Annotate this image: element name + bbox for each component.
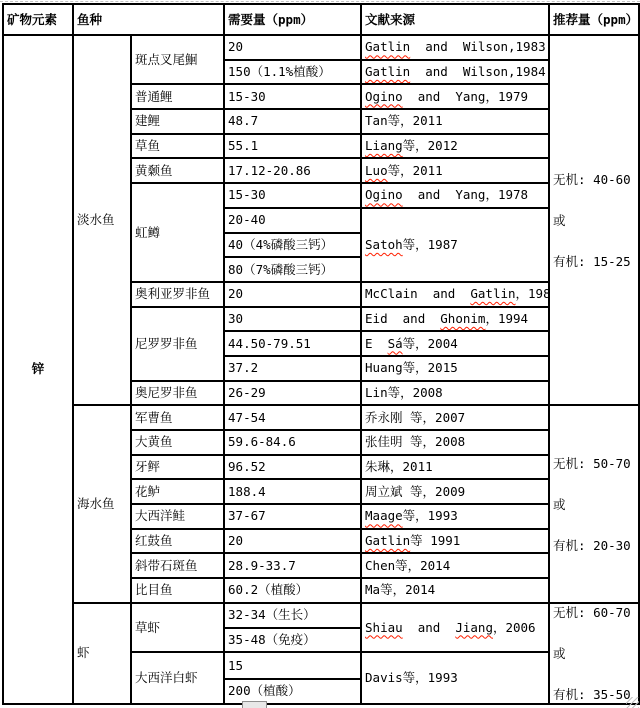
- source-cell: 朱琳，2011: [361, 455, 549, 480]
- requirement-cell: 28.9-33.7: [224, 553, 361, 578]
- requirement-cell: 20: [224, 35, 361, 60]
- requirement-cell: 96.52: [224, 455, 361, 480]
- requirement-cell: 30: [224, 307, 361, 332]
- source-text: E: [365, 336, 388, 351]
- requirement-cell: 26-29: [224, 381, 361, 406]
- species-name-cell: 尼罗罗非鱼: [131, 307, 224, 381]
- recommend-line: 无机: 60-70: [553, 604, 635, 621]
- misspelled-word: Ghonim: [440, 311, 485, 326]
- fish-category-cell: 海水鱼: [73, 405, 131, 603]
- misspelled-word: Sá: [388, 336, 403, 351]
- requirement-cell: 20: [224, 529, 361, 554]
- header-mineral-element: 矿物元素: [3, 4, 73, 35]
- requirement-cell: 15: [224, 652, 361, 679]
- species-name-cell: 斑点叉尾鮰: [131, 35, 224, 84]
- requirement-cell: 15-30: [224, 84, 361, 109]
- source-cell: Ma等，2014: [361, 578, 549, 603]
- recommend-line: 无机: 50-70: [553, 455, 635, 472]
- table-row: 虾草虾32-34（生长）Shiau and Jiang，2006无机: 60-7…: [3, 603, 639, 628]
- source-text: 等，2004: [403, 336, 458, 351]
- misspelled-word: Luo: [365, 163, 388, 178]
- requirement-cell: 60.2（植酸）: [224, 578, 361, 603]
- misspelled-word: Satoh: [365, 237, 403, 252]
- requirement-cell: 32-34（生长）: [224, 603, 361, 628]
- requirement-cell: 150（1.1%植酸）: [224, 60, 361, 85]
- source-cell: Tan等，2011: [361, 109, 549, 134]
- source-text: ，1988: [516, 286, 549, 301]
- source-cell: Ogino and Yang，1979: [361, 84, 549, 109]
- requirement-cell: 35-48（免疫）: [224, 628, 361, 653]
- source-text: and Yang，1978: [403, 187, 528, 202]
- zinc-requirement-table: 矿物元素 鱼种 需要量（ppm） 文献来源 推荐量（ppm） 锌淡水鱼斑点叉尾鮰…: [2, 3, 640, 705]
- recommend-line: 或: [553, 212, 635, 229]
- recommend-line: 无机: 40-60: [553, 171, 635, 188]
- requirement-cell: 80（7%磷酸三钙）: [224, 257, 361, 282]
- misspelled-word: Liang: [365, 138, 403, 153]
- table-row: 锌淡水鱼斑点叉尾鮰20Gatlin and Wilson,1983无机: 40-…: [3, 35, 639, 60]
- source-text: Lin等，2008: [365, 385, 443, 400]
- source-text: 等，1987: [403, 237, 458, 252]
- source-text: 等 1991: [410, 533, 460, 548]
- table-resize-handle: [242, 701, 267, 708]
- requirement-cell: 47-54: [224, 405, 361, 430]
- source-text: ，2006: [493, 620, 536, 635]
- source-text: 等，2012: [403, 138, 458, 153]
- species-name-cell: 草虾: [131, 603, 224, 652]
- species-name-cell: 红鼓鱼: [131, 529, 224, 554]
- source-text: 张佳明 等，2008: [365, 434, 465, 449]
- requirement-cell: 15-30: [224, 183, 361, 208]
- source-text: ，1994: [485, 311, 528, 326]
- source-cell: Shiau and Jiang，2006: [361, 603, 549, 652]
- species-name-cell: 军曹鱼: [131, 405, 224, 430]
- source-cell: Eid and Ghonim，1994: [361, 307, 549, 332]
- source-cell: Chen等，2014: [361, 553, 549, 578]
- fish-category-cell: 虾: [73, 603, 131, 704]
- requirement-cell: 44.50-79.51: [224, 331, 361, 356]
- misspelled-word: Maage: [365, 508, 403, 523]
- header-required-amount: 需要量（ppm）: [224, 4, 361, 35]
- source-cell: Huang等，2015: [361, 356, 549, 381]
- requirement-cell: 20-40: [224, 208, 361, 233]
- source-text: 周立斌 等，2009: [365, 484, 465, 499]
- source-cell: Satoh等，1987: [361, 208, 549, 282]
- source-cell: Ogino and Yang，1978: [361, 183, 549, 208]
- species-name-cell: 牙鲆: [131, 455, 224, 480]
- misspelled-word: Gatlin: [365, 64, 410, 79]
- requirement-cell: 40（4%磷酸三钙）: [224, 233, 361, 258]
- requirement-cell: 20: [224, 282, 361, 307]
- species-name-cell: 花鲈: [131, 479, 224, 504]
- source-cell: Gatlin等 1991: [361, 529, 549, 554]
- recommend-cell: 无机: 50-70或有机: 20-30: [549, 405, 639, 603]
- source-text: and Wilson,1984: [410, 64, 545, 79]
- source-cell: Maage等，1993: [361, 504, 549, 529]
- misspelled-word: Ogino: [365, 89, 403, 104]
- species-name-cell: 大黄鱼: [131, 430, 224, 455]
- source-text: 朱琳，2011: [365, 459, 433, 474]
- header-literature-source: 文献来源: [361, 4, 549, 35]
- species-name-cell: 大西洋鲑: [131, 504, 224, 529]
- text-boundary-line: [0, 1, 640, 2]
- recommend-line: 有机: 35-50: [553, 686, 635, 703]
- misspelled-word: Gatlin: [470, 286, 515, 301]
- requirement-cell: 37.2: [224, 356, 361, 381]
- recommend-cell: 无机: 40-60或有机: 15-25: [549, 35, 639, 405]
- species-name-cell: 建鲤: [131, 109, 224, 134]
- source-cell: E Sá等，2004: [361, 331, 549, 356]
- species-name-cell: 虹鳟: [131, 183, 224, 282]
- source-cell: 张佳明 等，2008: [361, 430, 549, 455]
- source-text: 等，1993: [403, 508, 458, 523]
- source-cell: 周立斌 等，2009: [361, 479, 549, 504]
- document-page: 矿物元素 鱼种 需要量（ppm） 文献来源 推荐量（ppm） 锌淡水鱼斑点叉尾鮰…: [0, 0, 640, 708]
- table-row: 海水鱼军曹鱼47-54乔永刚 等，2007无机: 50-70或有机: 20-30: [3, 405, 639, 430]
- source-text: 等，2011: [388, 163, 443, 178]
- species-name-cell: 大西洋白虾: [131, 652, 224, 704]
- recommend-line: 有机: 20-30: [553, 537, 635, 554]
- requirement-cell: 55.1: [224, 134, 361, 159]
- source-cell: Liang等，2012: [361, 134, 549, 159]
- source-cell: Davis等，1993: [361, 652, 549, 704]
- source-text: Eid and: [365, 311, 440, 326]
- source-text: and Wilson,1983: [410, 39, 545, 54]
- header-fish-species: 鱼种: [73, 4, 224, 35]
- source-text: and Yang，1979: [403, 89, 528, 104]
- misspelled-word: Shiau: [365, 620, 403, 635]
- page-corner-artifact: [626, 697, 639, 708]
- source-cell: Lin等，2008: [361, 381, 549, 406]
- source-cell: 乔永刚 等，2007: [361, 405, 549, 430]
- recommend-line: 或: [553, 496, 635, 513]
- species-name-cell: 草鱼: [131, 134, 224, 159]
- species-name-cell: 普通鲤: [131, 84, 224, 109]
- requirement-cell: 59.6-84.6: [224, 430, 361, 455]
- requirement-cell: 17.12-20.86: [224, 158, 361, 183]
- source-cell: Gatlin and Wilson,1984: [361, 60, 549, 85]
- species-name-cell: 比目鱼: [131, 578, 224, 603]
- misspelled-word: Gatlin: [365, 533, 410, 548]
- species-name-cell: 黄颡鱼: [131, 158, 224, 183]
- misspelled-word: Ogino: [365, 187, 403, 202]
- requirement-cell: 188.4: [224, 479, 361, 504]
- source-text: and: [403, 620, 456, 635]
- source-cell: Gatlin and Wilson,1983: [361, 35, 549, 60]
- misspelled-word: Gatlin: [365, 39, 410, 54]
- source-cell: Luo等，2011: [361, 158, 549, 183]
- header-recommended-amount: 推荐量（ppm）: [549, 4, 639, 35]
- source-text: 乔永刚 等，2007: [365, 410, 465, 425]
- source-text: Huang等，2015: [365, 360, 458, 375]
- table-body: 锌淡水鱼斑点叉尾鮰20Gatlin and Wilson,1983无机: 40-…: [3, 35, 639, 704]
- species-name-cell: 奥尼罗非鱼: [131, 381, 224, 406]
- misspelled-word: Jiang: [455, 620, 493, 635]
- species-name-cell: 斜带石斑鱼: [131, 553, 224, 578]
- source-text: McClain and: [365, 286, 470, 301]
- header-row: 矿物元素 鱼种 需要量（ppm） 文献来源 推荐量（ppm）: [3, 4, 639, 35]
- source-text: Ma等，2014: [365, 582, 435, 597]
- source-cell: McClain and Gatlin，1988: [361, 282, 549, 307]
- species-name-cell: 奥利亚罗非鱼: [131, 282, 224, 307]
- mineral-cell: 锌: [3, 35, 73, 704]
- fish-category-cell: 淡水鱼: [73, 35, 131, 405]
- source-text: Davis等，1993: [365, 670, 458, 685]
- requirement-cell: 48.7: [224, 109, 361, 134]
- requirement-cell: 37-67: [224, 504, 361, 529]
- recommend-line: 有机: 15-25: [553, 253, 635, 270]
- recommend-cell: 无机: 60-70或有机: 35-50: [549, 603, 639, 704]
- source-text: Chen等，2014: [365, 558, 450, 573]
- recommend-line: 或: [553, 645, 635, 662]
- source-text: Tan等，2011: [365, 113, 443, 128]
